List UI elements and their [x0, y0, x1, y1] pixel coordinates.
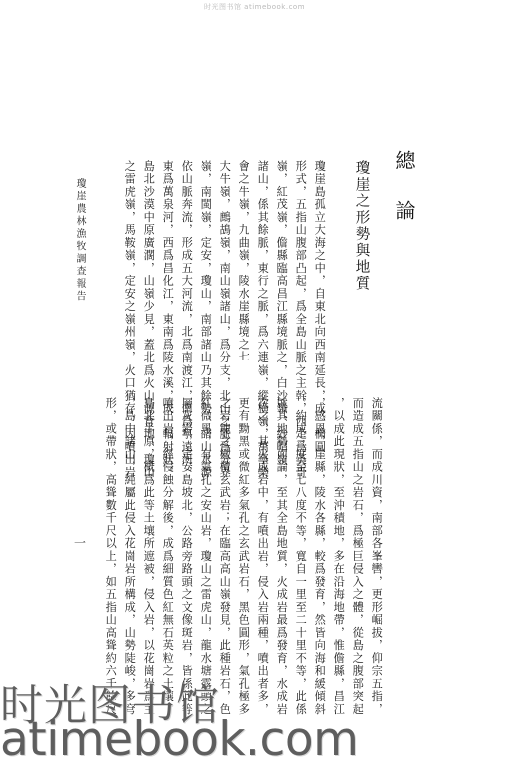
top-watermark: 时光图书馆 atimebook.com: [0, 2, 509, 12]
text-column: ，約成三度至七八度不等，寬自一里至二十里不等，此係: [295, 397, 306, 716]
text-column: ，感恩，崖縣，陵水各縣，較爲發育，然皆向海和緩傾斜: [314, 397, 325, 716]
text-column: 島北半原，概爲此等土壤所遮被，侵入岩，以花崗岩爲主: [143, 397, 154, 716]
text-column: 層灰岩，定安島坡北，公路旁路頭之文像斑岩，皆係此等: [181, 397, 192, 716]
section-heading: 瓊崖之形勢與地質: [354, 160, 369, 292]
text-column: 流關係，而成川資，南部各峯轡，更形崛拔，仰宗五指，: [371, 397, 382, 716]
book-title-footer: 瓊崖農林漁牧調查報告: [74, 178, 84, 303]
text-column: ，以成此現狀，至沖積地，多在沿海地帶，惟儋縣，昌江: [333, 397, 344, 716]
text-column: 次之，其火成岩中，有噴出岩，侵入岩兩種，噴出者多，: [257, 397, 268, 716]
text-column: 形，或帶狀，高聳數千尺以上，如五指山高聳約六千餘尺: [105, 397, 116, 716]
text-column: 噴出岩，經侵蝕分解後，成爲細質色紅無石英粒之土壤，: [162, 397, 173, 716]
text-column: ，島中諸山，純屬此侵入花崗岩所構成，山勢陡峻，多穹: [124, 397, 135, 716]
page-number: 一: [74, 534, 86, 551]
text-column: 更有黝黑或微紅多氣孔之玄武岩石，黑色圓形，氣孔極多: [238, 397, 249, 716]
chapter-heading: 總論: [394, 150, 414, 250]
text-column: 就其地勢而論，至其全島地質，火成岩最爲發育，水成岩: [276, 397, 287, 716]
text-column: 而造成五指山之岩石，爲極巨侵入之體，從島之腹部突起: [352, 397, 363, 716]
text-column: 之岩塊之橄欖玄武岩；在臨高高山嶺發見，此種岩石，色: [219, 397, 230, 716]
text-column: 紅微黑，有氣孔之安山岩，瓊山之雷虎山，龍水塘露頭之: [200, 397, 211, 716]
text-column: 會之牛嶺，九曲嶺，陵水崖縣境之七指嶺，風門嶺，金牛嶺，東山嶺諸山，是其餘系，: [238, 160, 249, 360]
watermark-url: atimebook.com: [0, 712, 358, 767]
